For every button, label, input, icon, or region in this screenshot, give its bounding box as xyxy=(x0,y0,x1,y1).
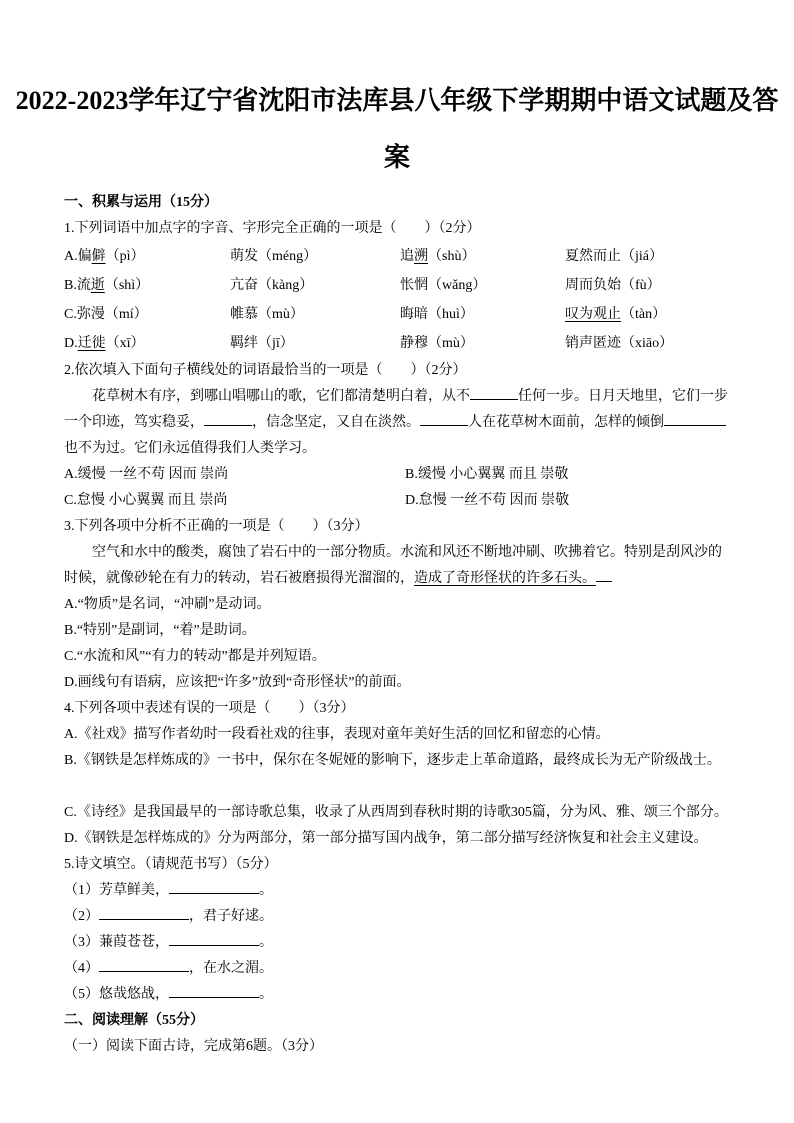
q3-stem: 3.下列各项中分析不正确的一项是（ ）（3分） xyxy=(64,514,730,540)
passage-text: 空气和水中的酸类，腐蚀了岩石中的一部分物质。水流和风还不断地冲刷、吹拂着它。特别… xyxy=(64,545,722,586)
cell-text: 帷慕（mù） xyxy=(230,307,304,322)
q4-stem: 4.下列各项中表述有误的一项是（ ）（3分） xyxy=(64,696,730,722)
dotted-char: 叹为观止 xyxy=(565,307,621,322)
item-text: （4） xyxy=(64,961,99,976)
cell-pinyin: （xī） xyxy=(106,336,145,351)
q1-option-row-b: B.流逝（shì） 亢奋（kàng） 怅惘（wǎng） 周而负始（fù） xyxy=(64,271,730,300)
q1-cell: C.弥漫（mí） xyxy=(64,300,230,329)
passage-text: ，信念坚定，又自在淡然。 xyxy=(252,415,420,430)
q5-stem: 5.诗文填空。（请规范书写）（5分） xyxy=(64,852,730,878)
q1-option-row-c: C.弥漫（mí） 帷慕（mù） 晦暗（huì） 叹为观止（tàn） xyxy=(64,300,730,329)
section-2-intro: （一）阅读下面古诗，完成第6题。（3分） xyxy=(64,1034,730,1060)
cell-text: 亢奋（kàng） xyxy=(230,278,313,293)
q1-cell: 静穆（mù） xyxy=(400,329,565,358)
section-1-heading: 一、积累与运用（15分） xyxy=(64,190,730,216)
item-text: （2） xyxy=(64,909,99,924)
fill-blank-line xyxy=(169,880,259,894)
item-text: ，君子好逑。 xyxy=(189,909,273,924)
fill-blank-line xyxy=(169,932,259,946)
q1-cell: 周而负始（fù） xyxy=(565,271,730,300)
cell-text: 晦暗（huì） xyxy=(400,307,474,322)
exam-title: 2022-2023学年辽宁省沈阳市法库县八年级下学期期中语文试题及答 案 xyxy=(0,0,794,190)
item-text: 。 xyxy=(259,935,273,950)
section-2-heading: 二、阅读理解（55分） xyxy=(64,1008,730,1034)
cell-text: 追 xyxy=(400,249,414,264)
q1-cell: D.迁徙（xī） xyxy=(64,329,230,358)
fill-blank-line xyxy=(470,386,518,400)
fill-blank-line xyxy=(169,984,259,998)
q1-cell: 夏然而止（jiá） xyxy=(565,242,730,271)
cell-text: 萌发（méng） xyxy=(230,249,317,264)
q2-option-b: B.缓慢 小心翼翼 而且 崇敬 xyxy=(405,462,730,488)
item-text: （1）芳草鲜美， xyxy=(64,883,169,898)
q1-stem: 1.下列词语中加点字的字音、字形完全正确的一项是（ ）（2分） xyxy=(64,216,730,242)
q2-option-c: C.怠慢 小心翼翼 而且 崇尚 xyxy=(64,488,405,514)
q5-item-4: （4），在水之湄。 xyxy=(64,956,730,982)
q3-underlined-clause: 造成了奇形怪状的许多石头。 xyxy=(414,571,596,586)
cell-pinyin: （shù） xyxy=(428,249,475,264)
q4-option-c: C.《诗经》是我国最早的一部诗歌总集，收录了从西周到春秋时期的诗歌305篇，分为… xyxy=(64,800,730,826)
dotted-char: 溯 xyxy=(414,249,428,264)
fill-blank-line xyxy=(664,412,726,426)
q3-option-b: B.“特别”是副词，“着”是助词。 xyxy=(64,618,730,644)
fill-blank-line xyxy=(99,906,189,920)
cell-text: 周而负始（fù） xyxy=(565,278,661,293)
cell-text: D. xyxy=(64,336,78,351)
fill-blank-line xyxy=(420,412,468,426)
q1-option-row-a: A.偏僻（pì） 萌发（méng） 追溯（shù） 夏然而止（jiá） xyxy=(64,242,730,271)
cell-text: 夏然而止（jiá） xyxy=(565,249,663,264)
cell-pinyin: （tàn） xyxy=(621,307,666,322)
cell-pinyin: （shì） xyxy=(105,278,149,293)
q1-cell: 萌发（méng） xyxy=(230,242,400,271)
q1-cell: 帷慕（mù） xyxy=(230,300,400,329)
item-text: 。 xyxy=(259,883,273,898)
exam-page: 2022-2023学年辽宁省沈阳市法库县八年级下学期期中语文试题及答 案 一、积… xyxy=(0,0,794,1123)
q4-option-d: D.《钢铁是怎样炼成的》分为两部分，第一部分描写国内战争，第二部分描写经济恢复和… xyxy=(64,826,730,852)
q4-option-b: B.《钢铁是怎样炼成的》一书中，保尔在冬妮娅的影响下，逐步走上革命道路，最终成长… xyxy=(64,748,730,774)
q1-cell: 追溯（shù） xyxy=(400,242,565,271)
exam-title-line2: 案 xyxy=(384,143,410,172)
q3-option-a: A.“物质”是名词，“冲刷”是动词。 xyxy=(64,592,730,618)
q2-options: A.缓慢 一丝不苟 因而 崇尚 B.缓慢 小心翼翼 而且 崇敬 C.怠慢 小心翼… xyxy=(64,462,730,514)
item-text: （5）悠哉悠战， xyxy=(64,987,169,1002)
dotted-char: 逝 xyxy=(91,278,105,293)
cell-text: A.偏 xyxy=(64,249,92,264)
cell-text: B.流 xyxy=(64,278,91,293)
passage-text: 人在花草树木面前，怎样的倾倒 xyxy=(468,415,664,430)
fill-blank-line xyxy=(204,412,252,426)
cell-text: 销声匿迹（xiāo） xyxy=(565,336,673,351)
passage-text: 花草树木有序，到哪山唱哪山的歌，它们都清楚明白着，从不 xyxy=(92,389,470,404)
q1-cell: 羁绊（jī） xyxy=(230,329,400,358)
item-text: 。 xyxy=(259,987,273,1002)
blank-line-spacer xyxy=(64,774,730,800)
q5-item-5: （5）悠哉悠战，。 xyxy=(64,982,730,1008)
q3-option-d: D.画线句有语病，应该把“许多”放到“奇形怪状”的前面。 xyxy=(64,670,730,696)
cell-text: 怅惘（wǎng） xyxy=(400,278,486,293)
cell-pinyin: （pì） xyxy=(106,249,145,264)
cell-text: C.弥漫（mí） xyxy=(64,307,148,322)
cell-text: 静穆（mù） xyxy=(400,336,474,351)
cell-text: 羁绊（jī） xyxy=(230,336,294,351)
dotted-char: 迁徙 xyxy=(78,336,106,351)
q1-cell: 晦暗（huì） xyxy=(400,300,565,329)
q5-item-3: （3）蒹葭苍苍，。 xyxy=(64,930,730,956)
dotted-char: 僻 xyxy=(92,249,106,264)
exam-title-line1: 2022-2023学年辽宁省沈阳市法库县八年级下学期期中语文试题及答 xyxy=(16,86,779,115)
exam-body: 一、积累与运用（15分） 1.下列词语中加点字的字音、字形完全正确的一项是（ ）… xyxy=(0,190,794,1060)
q1-cell: 亢奋（kàng） xyxy=(230,271,400,300)
passage-text: 也不为过。它们永远值得我们人类学习。 xyxy=(64,441,316,456)
q3-passage: 空气和水中的酸类，腐蚀了岩石中的一部分物质。水流和风还不断地冲刷、吹拂着它。特别… xyxy=(64,540,730,592)
q1-cell: A.偏僻（pì） xyxy=(64,242,230,271)
underline-tail xyxy=(596,568,612,582)
fill-blank-line xyxy=(99,958,189,972)
q2-option-d: D.怠慢 一丝不苟 因而 崇敬 xyxy=(405,488,730,514)
q1-cell: B.流逝（shì） xyxy=(64,271,230,300)
q5-item-2: （2），君子好逑。 xyxy=(64,904,730,930)
item-text: （3）蒹葭苍苍， xyxy=(64,935,169,950)
q1-cell: 销声匿迹（xiāo） xyxy=(565,329,730,358)
q1-cell: 叹为观止（tàn） xyxy=(565,300,730,329)
q2-option-a: A.缓慢 一丝不苟 因而 崇尚 xyxy=(64,462,405,488)
q1-cell: 怅惘（wǎng） xyxy=(400,271,565,300)
q2-stem: 2.依次填入下面句子横线处的词语最恰当的一项是（ ）（2分） xyxy=(64,358,730,384)
item-text: ，在水之湄。 xyxy=(189,961,273,976)
q1-option-row-d: D.迁徙（xī） 羁绊（jī） 静穆（mù） 销声匿迹（xiāo） xyxy=(64,329,730,358)
q2-passage: 花草树木有序，到哪山唱哪山的歌，它们都清楚明白着，从不任何一步。日月天地里，它们… xyxy=(64,384,730,462)
q4-option-a: A.《社戏》描写作者幼时一段看社戏的往事，表现对童年美好生活的回忆和留恋的心情。 xyxy=(64,722,730,748)
q3-option-c: C.“水流和风”“有力的转动”都是并列短语。 xyxy=(64,644,730,670)
q5-item-1: （1）芳草鲜美，。 xyxy=(64,878,730,904)
